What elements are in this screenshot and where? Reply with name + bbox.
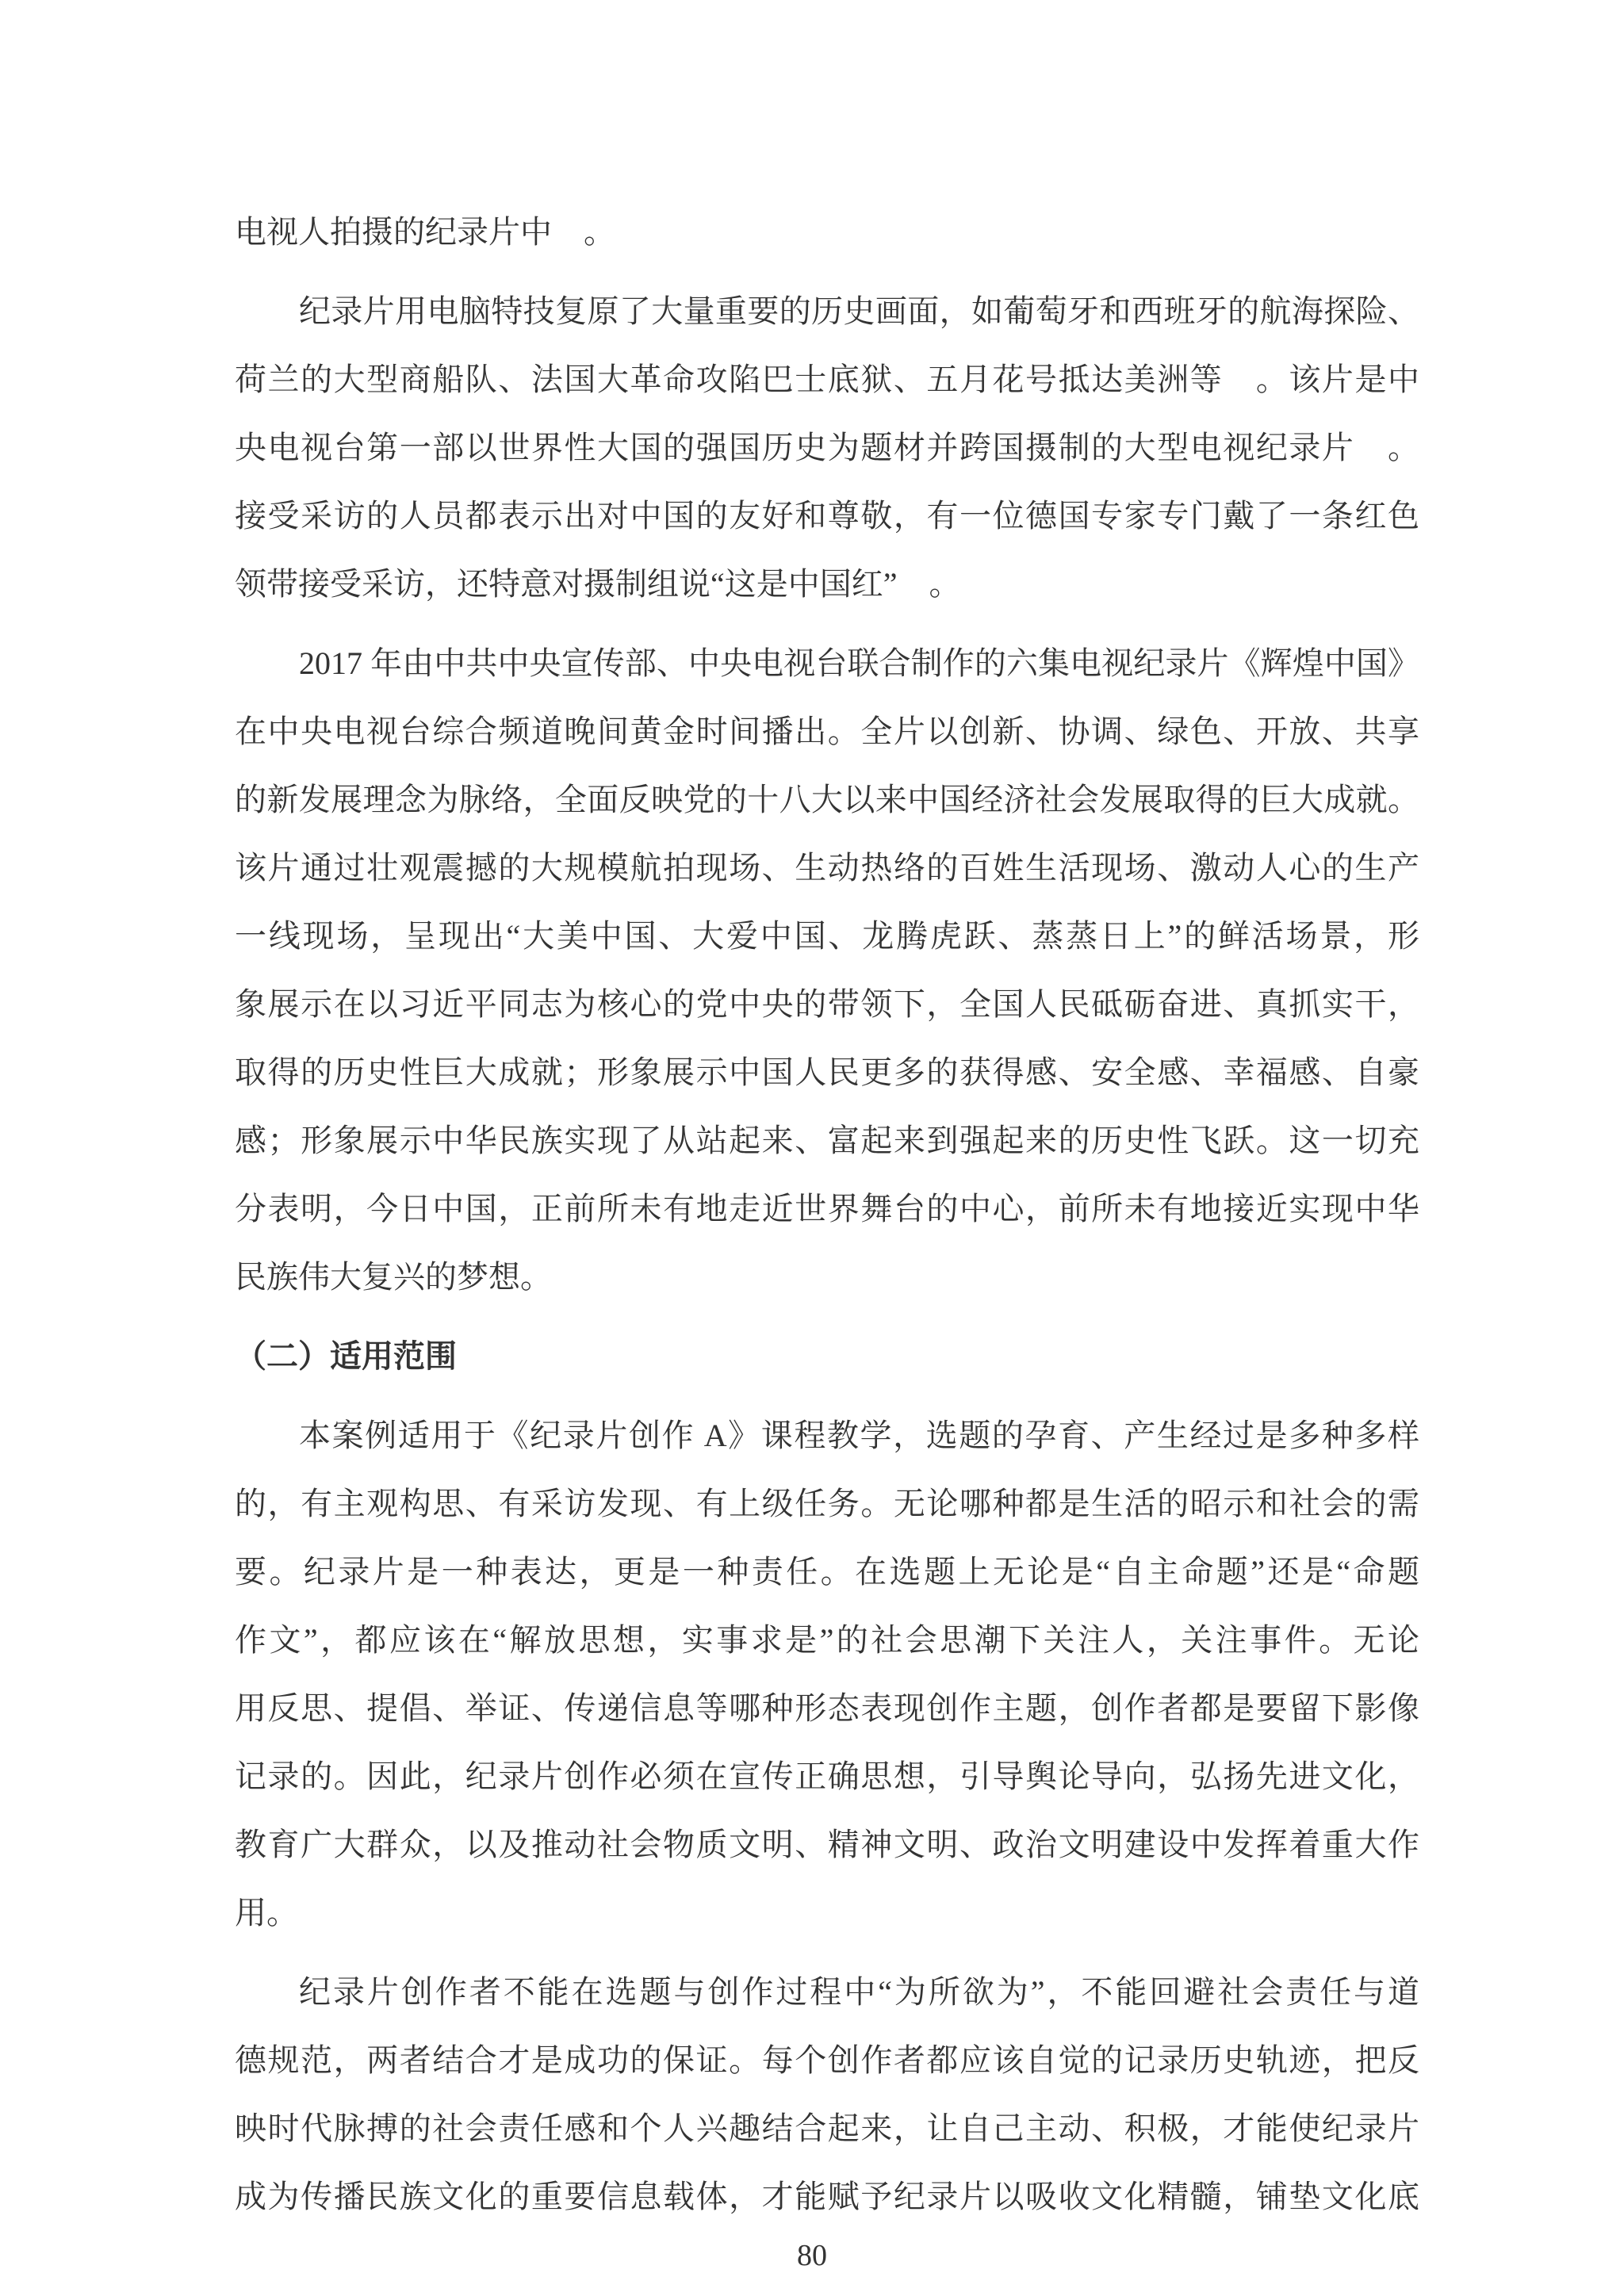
text-line: 该片通过壮观震撼的大规模航拍现场、生动热络的百姓生活现场、激动人心的生产 xyxy=(235,834,1419,902)
text-line: 的新发展理念为脉络，全面反映党的十八大以来中国经济社会发展取得的巨大成就。 xyxy=(235,766,1419,834)
paragraph: 本案例适用于《纪录片创作 A》课程教学，选题的孕育、产生经过是多种多样的，有主观… xyxy=(235,1402,1419,1947)
document-page: 电视人拍摄的纪录片中 。纪录片用电脑特技复原了大量重要的历史画面，如葡萄牙和西班… xyxy=(0,0,1624,2296)
paragraph: 纪录片创作者不能在选题与创作过程中“为所欲为”，不能回避社会责任与道德规范，两者… xyxy=(235,1958,1419,2231)
text-line: 记录的。因此，纪录片创作必须在宣传正确思想，引导舆论导向，弘扬先进文化， xyxy=(235,1743,1419,1811)
text-line: 一线现场，呈现出“大美中国、大爱中国、龙腾虎跃、蒸蒸日上”的鲜活场景，形 xyxy=(235,902,1419,970)
section-heading: （二）适用范围 xyxy=(235,1322,1419,1391)
text-line: 取得的历史性巨大成就；形象展示中国人民更多的获得感、安全感、幸福感、自豪 xyxy=(235,1039,1419,1107)
text-line: 央电视台第一部以世界性大国的强国历史为题材并跨国摄制的大型电视纪录片 。 xyxy=(235,414,1419,482)
text-line: 用反思、提倡、举证、传递信息等哪种形态表现创作主题，创作者都是要留下影像 xyxy=(235,1674,1419,1743)
text-line: 要。纪录片是一种表达，更是一种责任。在选题上无论是“自主命题”还是“命题 xyxy=(235,1538,1419,1606)
text-line: 在中央电视台综合频道晚间黄金时间播出。全片以创新、协调、绿色、开放、共享 xyxy=(235,698,1419,766)
text-line: 接受采访的人员都表示出对中国的友好和尊敬，有一位德国专家专门戴了一条红色 xyxy=(235,482,1419,550)
text-line: 领带接受采访，还特意对摄制组说“这是中国红” 。 xyxy=(235,550,1419,618)
text-line: 电视人拍摄的纪录片中 。 xyxy=(235,198,1419,266)
paragraph: 2017 年由中共中央宣传部、中央电视台联合制作的六集电视纪录片《辉煌中国》在中… xyxy=(235,629,1419,1311)
text-line: 映时代脉搏的社会责任感和个人兴趣结合起来，让自己主动、积极，才能使纪录片 xyxy=(235,2095,1419,2163)
heading-text: （二）适用范围 xyxy=(235,1322,1419,1391)
page-number: 80 xyxy=(797,2239,827,2272)
text-line: 本案例适用于《纪录片创作 A》课程教学，选题的孕育、产生经过是多种多样 xyxy=(235,1402,1419,1470)
text-line: 作文”，都应该在“解放思想，实事求是”的社会思潮下关注人，关注事件。无论 xyxy=(235,1606,1419,1674)
text-line: 纪录片创作者不能在选题与创作过程中“为所欲为”，不能回避社会责任与道 xyxy=(235,1958,1419,2026)
paragraph: 纪录片用电脑特技复原了大量重要的历史画面，如葡萄牙和西班牙的航海探险、荷兰的大型… xyxy=(235,277,1419,618)
text-line: 纪录片用电脑特技复原了大量重要的历史画面，如葡萄牙和西班牙的航海探险、 xyxy=(235,277,1419,346)
text-line: 德规范，两者结合才是成功的保证。每个创作者都应该自觉的记录历史轨迹，把反 xyxy=(235,2026,1419,2095)
document-body: 电视人拍摄的纪录片中 。纪录片用电脑特技复原了大量重要的历史画面，如葡萄牙和西班… xyxy=(235,198,1419,2231)
text-line: 荷兰的大型商船队、法国大革命攻陷巴士底狱、五月花号抵达美洲等 。该片是中 xyxy=(235,346,1419,414)
text-line: 的，有主观构思、有采访发现、有上级任务。无论哪种都是生活的昭示和社会的需 xyxy=(235,1470,1419,1538)
text-line: 教育广大群众，以及推动社会物质文明、精神文明、政治文明建设中发挥着重大作 xyxy=(235,1811,1419,1879)
text-line: 成为传播民族文化的重要信息载体，才能赋予纪录片以吸收文化精髓，铺垫文化底 xyxy=(235,2163,1419,2231)
paragraph: 电视人拍摄的纪录片中 。 xyxy=(235,198,1419,266)
text-line: 民族伟大复兴的梦想。 xyxy=(235,1243,1419,1311)
page-footer: 80 xyxy=(0,2234,1624,2277)
text-line: 2017 年由中共中央宣传部、中央电视台联合制作的六集电视纪录片《辉煌中国》 xyxy=(235,629,1419,698)
text-line: 分表明，今日中国，正前所未有地走近世界舞台的中心，前所未有地接近实现中华 xyxy=(235,1175,1419,1243)
text-line: 感；形象展示中华民族实现了从站起来、富起来到强起来的历史性飞跃。这一切充 xyxy=(235,1107,1419,1175)
text-line: 象展示在以习近平同志为核心的党中央的带领下，全国人民砥砺奋进、真抓实干， xyxy=(235,970,1419,1039)
text-line: 用。 xyxy=(235,1879,1419,1947)
